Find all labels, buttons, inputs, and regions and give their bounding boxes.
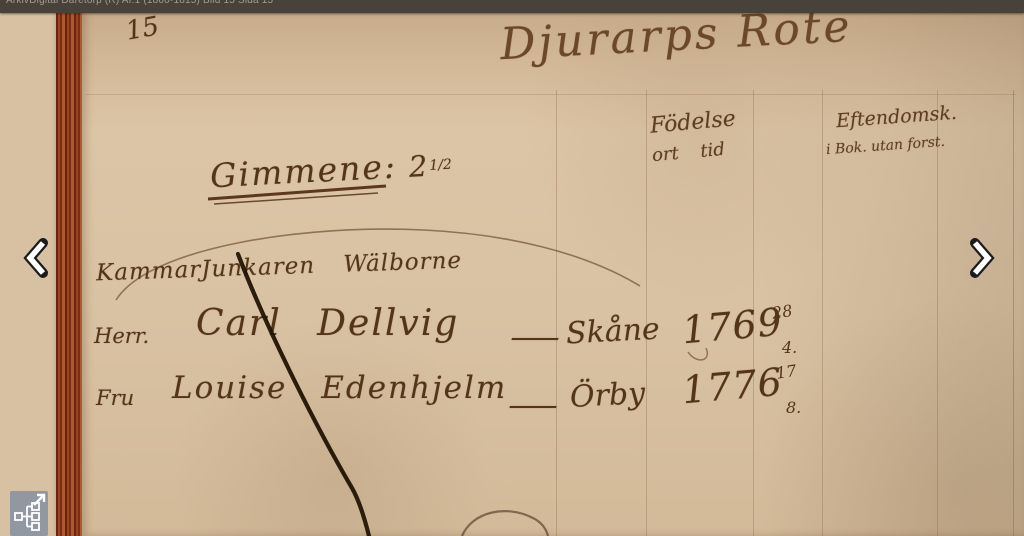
column-rule (937, 90, 938, 536)
birth-place: Skåne (565, 312, 660, 352)
volume-structure-button[interactable] (10, 491, 48, 536)
column-rule (556, 90, 557, 536)
entry-dash: — (510, 320, 561, 355)
previous-image-button[interactable] (20, 236, 54, 280)
person-name: Carl Dellvig (196, 303, 459, 344)
farm-mantal-fraction: 1/2 (429, 157, 452, 174)
volume-info-bar: ArkivDigital Daretorp (R) AI:1 (1800-181… (0, 0, 1024, 13)
birth-date-fraction: 178. (776, 362, 801, 417)
manuscript-image[interactable]: 15 Djurarps Rote Födelse ort tid Eftendo… (0, 0, 1024, 536)
entry-dash: — (508, 388, 559, 423)
volume-info-text: ArkivDigital Daretorp (R) AI:1 (1800-181… (6, 0, 1024, 6)
column-rule (822, 90, 823, 536)
book-edge-red-band (56, 10, 82, 536)
person-honorific: Herr. (94, 324, 149, 348)
person-honorific: Fru (96, 386, 134, 410)
farm-mantal-value: 2 (408, 149, 428, 184)
birth-date-fraction: 284. (772, 302, 797, 357)
person-name: Louise Edenhjelm (172, 370, 507, 406)
ruled-line-horizontal (86, 94, 1016, 95)
tree-structure-expand-icon (10, 491, 48, 536)
birth-place: Örby (569, 376, 646, 415)
archive-image-viewer: ArkivDigital Daretorp (R) AI:1 (1800-181… (0, 0, 1024, 536)
chevron-right-icon (964, 236, 998, 280)
chevron-left-icon (20, 236, 54, 280)
column-rule (1013, 90, 1014, 536)
birth-year: 1769 (680, 300, 784, 353)
handwritten-page-number: 15 (124, 11, 162, 46)
birth-year: 1776 (680, 360, 784, 413)
next-image-button[interactable] (964, 236, 998, 280)
